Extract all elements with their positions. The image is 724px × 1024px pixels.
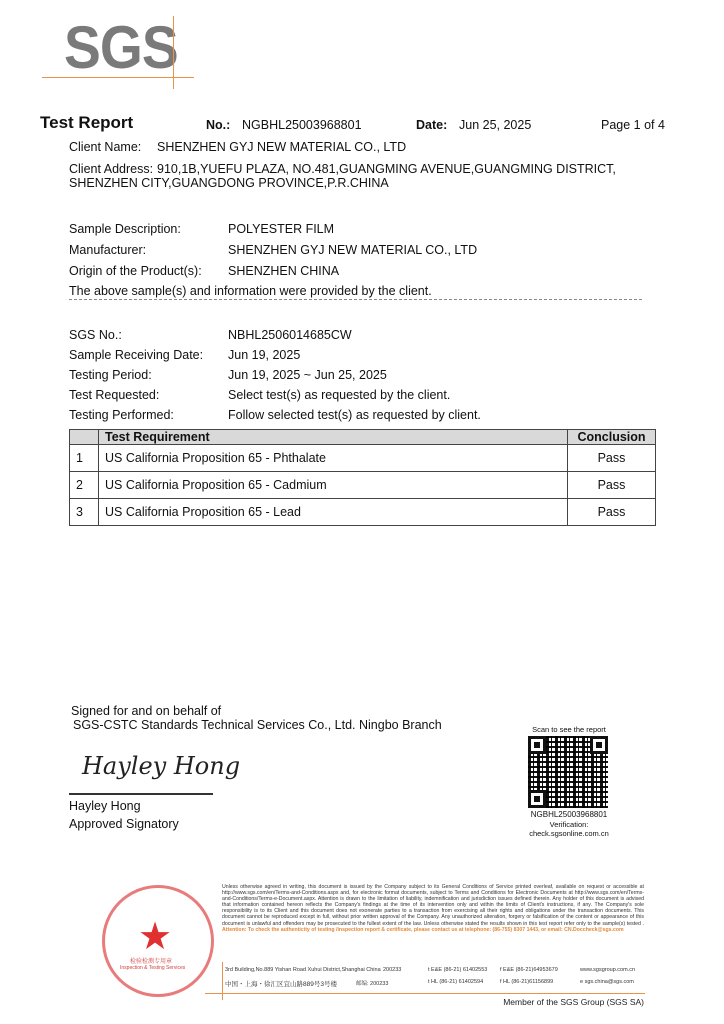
verification-site: check.sgsonline.com.cn (514, 829, 624, 838)
client-name-value: SHENZHEN GYJ NEW MATERIAL CO., LTD (157, 140, 406, 154)
row-num: 2 (70, 472, 99, 499)
receiving-date-value: Jun 19, 2025 (228, 348, 300, 362)
origin-value: SHENZHEN CHINA (228, 264, 339, 278)
row-conclusion: Pass (568, 472, 656, 499)
signed-for-text: Signed for and on behalf of (71, 704, 221, 718)
row-conclusion: Pass (568, 445, 656, 472)
header-conclusion: Conclusion (568, 430, 656, 445)
postcode-en: 200233 (383, 967, 401, 973)
manufacturer-value: SHENZHEN GYJ NEW MATERIAL CO., LTD (228, 243, 477, 257)
signature-line (69, 793, 213, 795)
sgs-no-label: SGS No.: (69, 328, 122, 342)
table-row: 1 US California Proposition 65 - Phthala… (70, 445, 656, 472)
sgs-group-member: Member of the SGS Group (SGS SA) (503, 997, 644, 1007)
qr-finder-icon (590, 736, 608, 754)
test-requested-value: Select test(s) as requested by the clien… (228, 388, 450, 402)
page-indicator: Page 1 of 4 (601, 118, 665, 132)
disclaimer-text: Unless otherwise agreed in writing, this… (222, 884, 644, 927)
row-num: 3 (70, 499, 99, 526)
fax-ee: f E&E (86-21)64953679 (500, 967, 558, 973)
row-requirement: US California Proposition 65 - Cadmium (99, 472, 568, 499)
qr-finder-icon (528, 736, 546, 754)
qr-code[interactable] (528, 736, 608, 808)
report-no-value: NGBHL25003968801 (242, 118, 362, 132)
client-name-label: Client Name: (69, 140, 141, 154)
verification-label: Verification: (514, 820, 624, 829)
signing-company: SGS-CSTC Standards Technical Services Co… (73, 718, 442, 732)
logo-underline (42, 77, 194, 78)
sample-description-value: POLYESTER FILM (228, 222, 334, 236)
stamp-center-text: 检验检测专用章 (130, 956, 172, 965)
testing-period-label: Testing Period: (69, 368, 152, 382)
client-address-label: Client Address: (69, 162, 153, 176)
footer-vertical-line (222, 962, 223, 1000)
qr-report-no: NGBHL25003968801 (514, 810, 624, 819)
results-table: Test Requirement Conclusion 1 US Califor… (69, 429, 656, 526)
qr-caption: Scan to see the report (514, 725, 624, 734)
origin-label: Origin of the Product(s): (69, 264, 202, 278)
manufacturer-label: Manufacturer: (69, 243, 146, 257)
header-test-requirement: Test Requirement (99, 430, 568, 445)
address-en: 3rd Building,No.889 Yishan Road Xuhui Di… (225, 967, 381, 973)
row-num: 1 (70, 445, 99, 472)
star-icon: ★ (138, 918, 172, 956)
row-conclusion: Pass (568, 499, 656, 526)
testing-period-value: Jun 19, 2025 ~ Jun 25, 2025 (228, 368, 387, 382)
sgs-no-value: NBHL2506014685CW (228, 328, 352, 342)
qr-finder-icon (528, 790, 546, 808)
postcode-cn: 邮编: 200233 (356, 979, 388, 987)
table-row: 2 US California Proposition 65 - Cadmium… (70, 472, 656, 499)
table-header-row: Test Requirement Conclusion (70, 430, 656, 445)
authenticity-attention: Attention: To check the authenticity of … (222, 927, 624, 933)
row-requirement: US California Proposition 65 - Lead (99, 499, 568, 526)
fax-hl: f HL (86-21)61156899 (500, 979, 553, 985)
date-label: Date: (416, 118, 447, 132)
email: e sgs.china@sgs.com (580, 979, 634, 985)
dashed-divider (69, 299, 642, 300)
date-value: Jun 25, 2025 (459, 118, 531, 132)
client-address-line1: 910,1B,YUEFU PLAZA, NO.481,GUANGMING AVE… (157, 162, 616, 176)
footer-disclaimer: Unless otherwise agreed in writing, this… (222, 884, 644, 933)
testing-performed-value: Follow selected test(s) as requested by … (228, 408, 481, 422)
website: www.sgsgroup.com.cn (580, 967, 635, 973)
client-address-line2: SHENZHEN CITY,GUANGDONG PROVINCE,P.R.CHI… (69, 176, 389, 190)
logo-vertical-line (173, 16, 174, 89)
signatory-name: Hayley Hong (69, 799, 141, 813)
report-title: Test Report (40, 113, 133, 133)
sample-description-label: Sample Description: (69, 222, 181, 236)
address-cn: 中国・上海・徐汇区宜山路889号3号楼 (225, 979, 337, 988)
testing-performed-label: Testing Performed: (69, 408, 174, 422)
row-requirement: US California Proposition 65 - Phthalate (99, 445, 568, 472)
stamp-center-text-en: Inspection & Testing Services (120, 965, 185, 971)
report-no-label: No.: (206, 118, 230, 132)
table-row: 3 US California Proposition 65 - Lead Pa… (70, 499, 656, 526)
sample-note: The above sample(s) and information were… (69, 284, 432, 298)
header-num (70, 430, 99, 445)
signatory-title: Approved Signatory (69, 817, 179, 831)
phone-hl: t HL (86-21) 61402594 (428, 979, 483, 985)
footer-divider (205, 993, 645, 994)
test-requested-label: Test Requested: (69, 388, 159, 402)
sgs-logo: SGS (64, 18, 178, 78)
phone-ee: t E&E (86-21) 61402553 (428, 967, 487, 973)
handwritten-signature: Hayley Hong (82, 752, 240, 780)
receiving-date-label: Sample Receiving Date: (69, 348, 203, 362)
